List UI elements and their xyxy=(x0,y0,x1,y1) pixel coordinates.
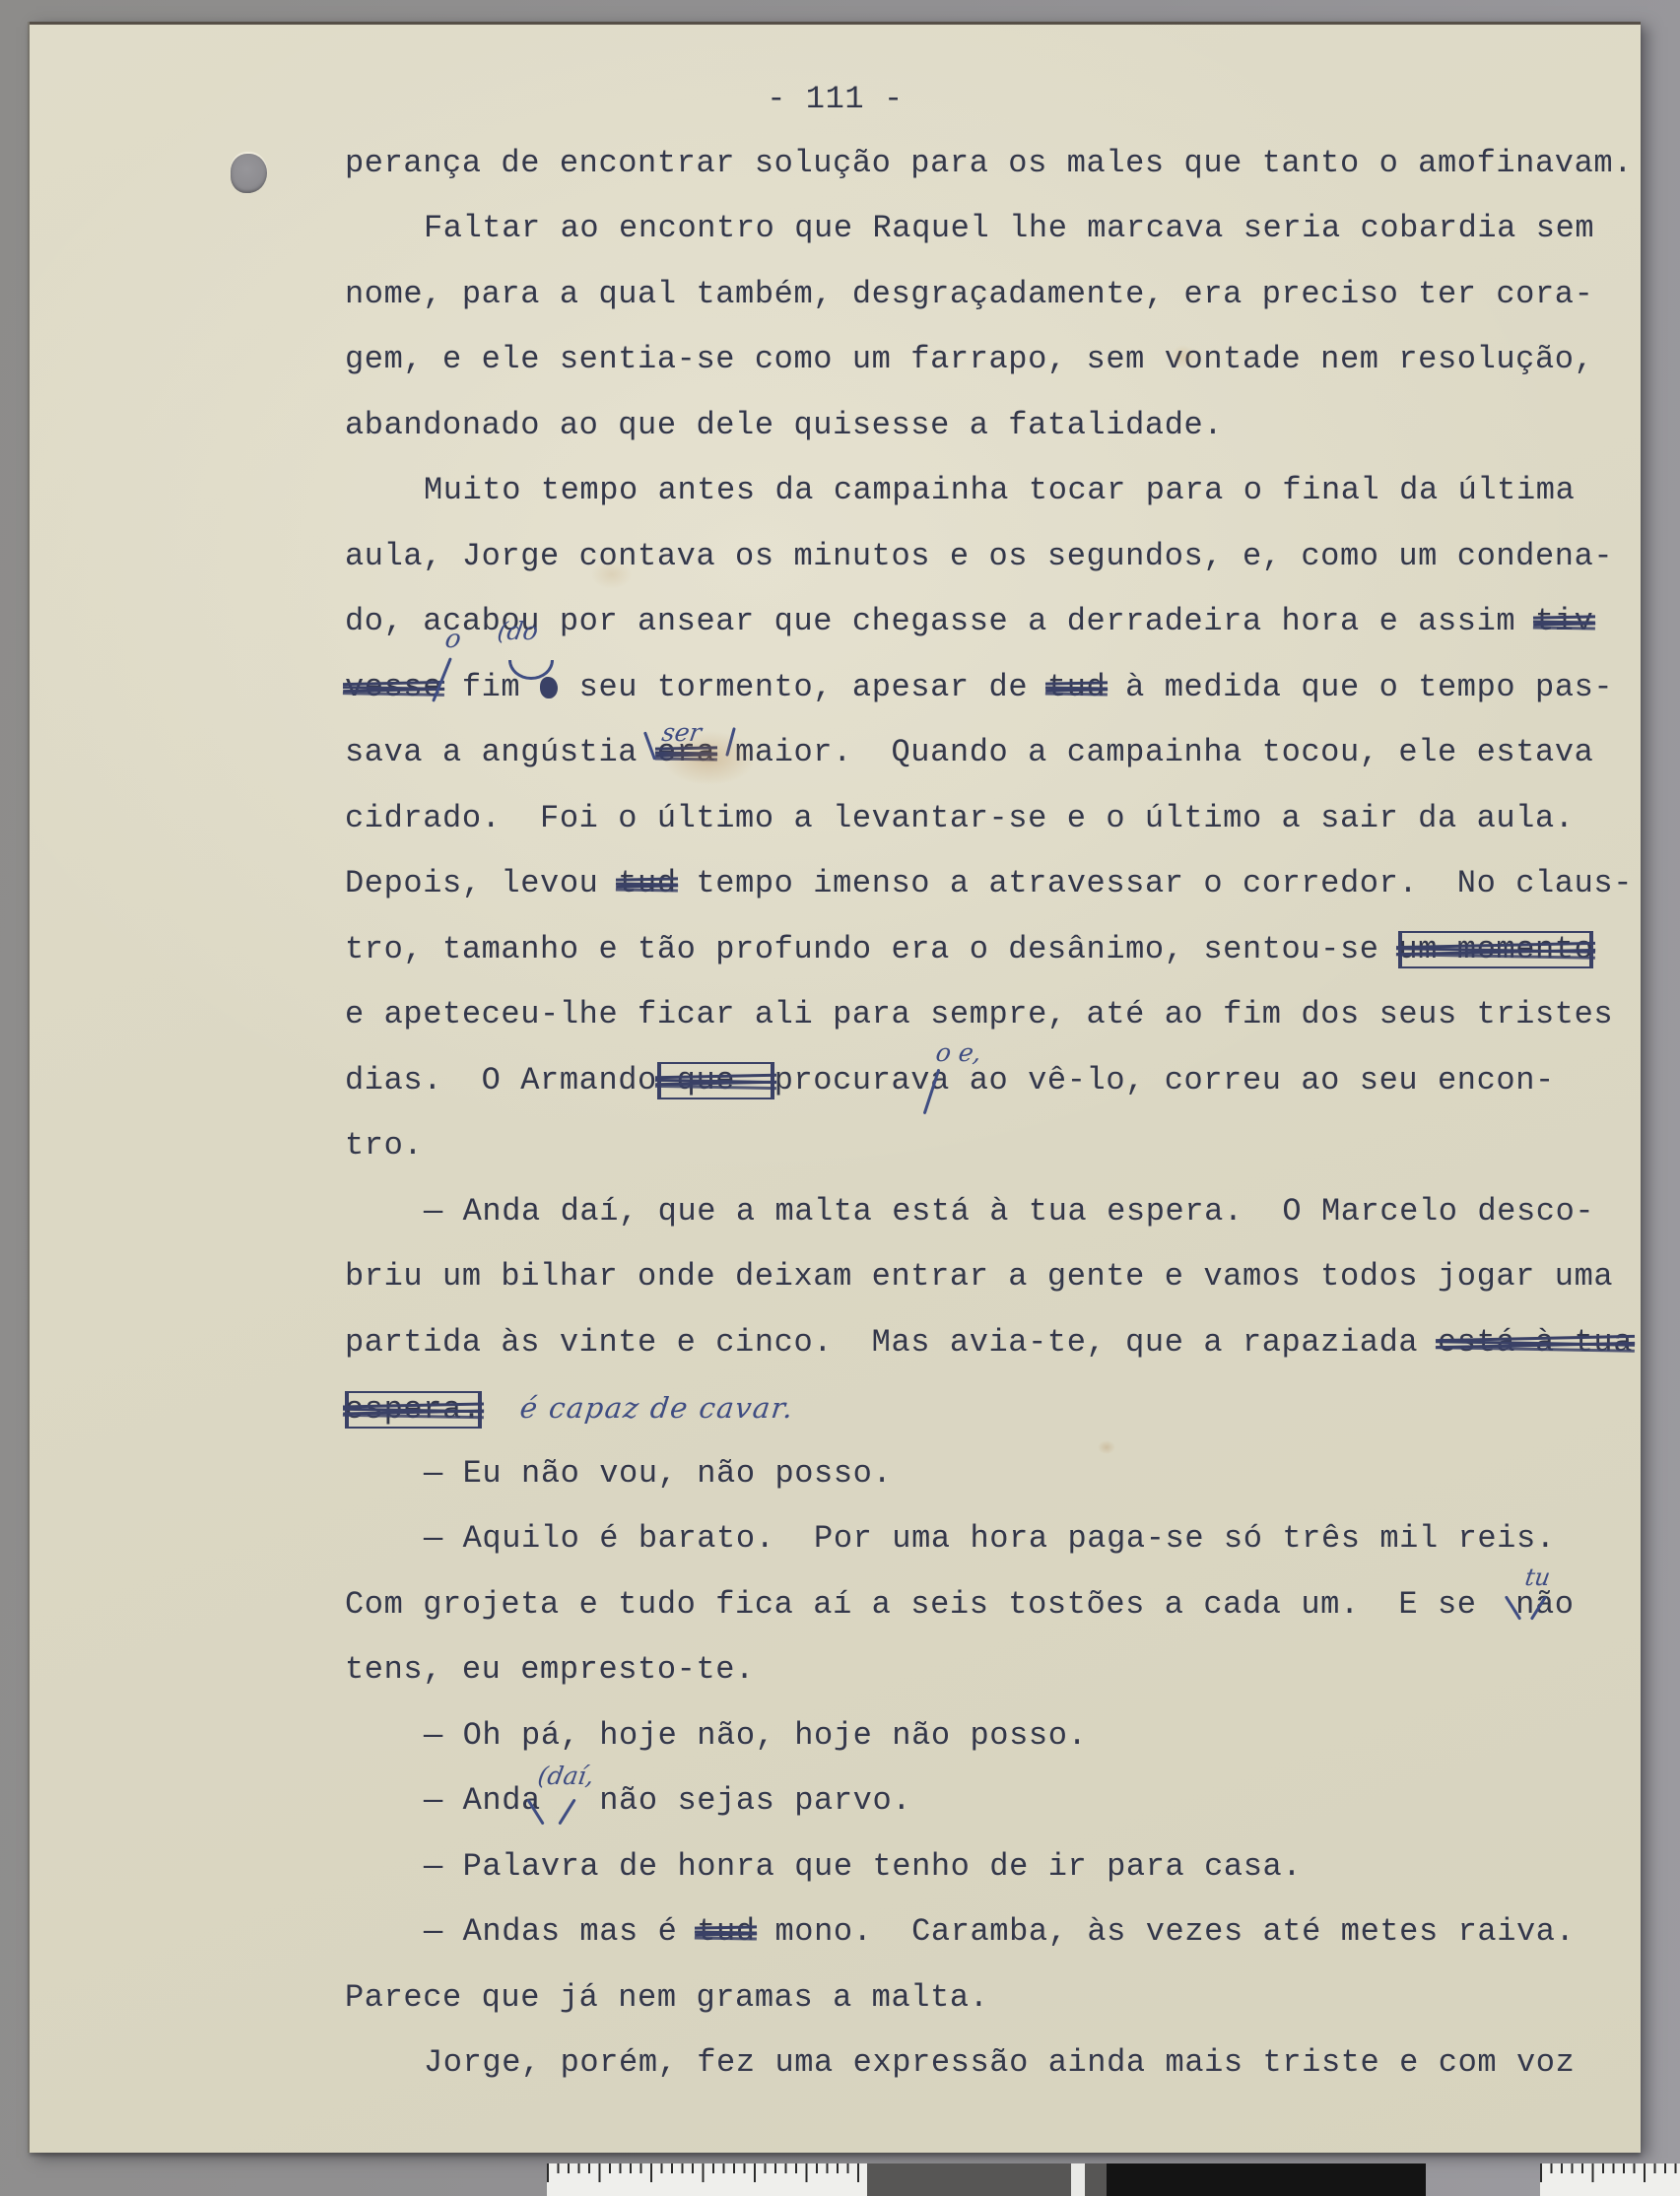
ruler-segment-ruler xyxy=(547,2163,867,2196)
scanned-document-photo: { "meta": { "kind": "typewritten manuscr… xyxy=(0,0,1680,2196)
ruler-segment-black xyxy=(1107,2163,1426,2196)
ruler-segment-ruler xyxy=(1540,2163,1680,2196)
scale-ruler xyxy=(0,0,1680,2196)
ruler-segment-white xyxy=(1071,2163,1085,2196)
